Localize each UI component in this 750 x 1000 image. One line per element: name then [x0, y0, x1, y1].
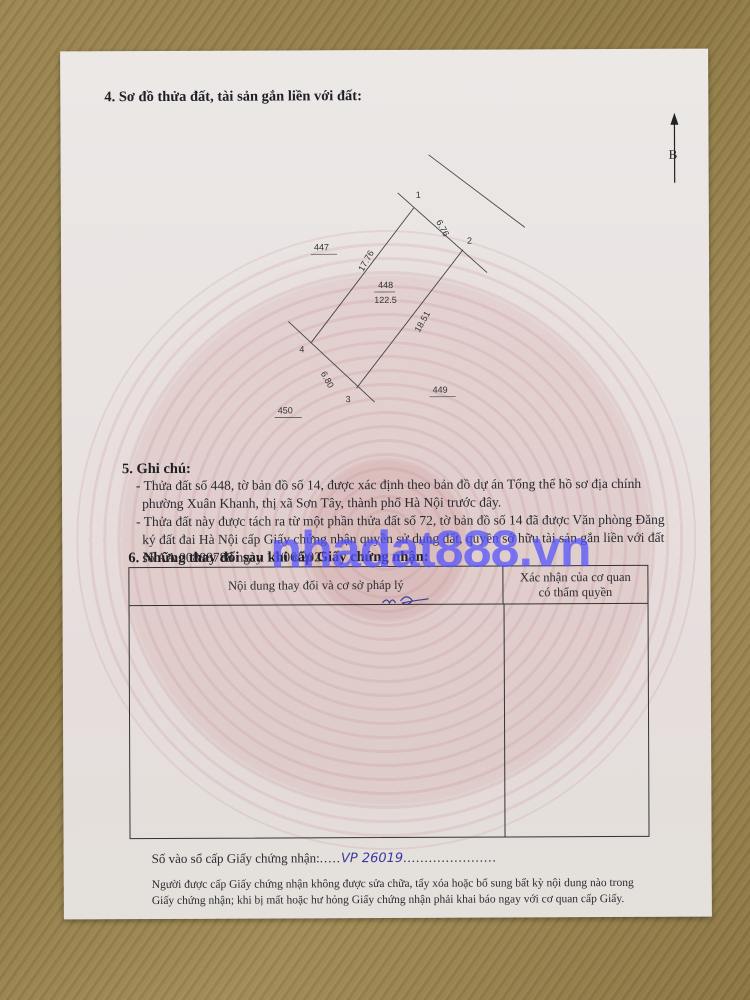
registration-number: Số vào sổ cấp Giấy chứng nhận:.....VP 26… [152, 850, 497, 868]
svg-text:450: 450 [278, 405, 293, 415]
svg-text:3: 3 [346, 394, 351, 404]
svg-text:18.51: 18.51 [412, 309, 432, 334]
watermark: nhadat888.vn [270, 519, 591, 580]
note-line: phường Xuân Khanh, thị xã Sơn Tây, thành… [142, 493, 501, 513]
registration-value: VP 26019 [341, 851, 403, 866]
svg-text:4: 4 [299, 344, 304, 354]
north-arrow-icon: B [668, 113, 678, 183]
svg-text:447: 447 [314, 242, 329, 252]
column-divider [504, 604, 506, 836]
vertex-1: 1 [416, 190, 421, 200]
certificate-page: 4. Sơ đồ thửa đất, tài sản gắn liền với … [60, 49, 712, 920]
north-label: B [669, 147, 678, 162]
changes-table: Nội dung thay đổi và cơ sở pháp lý Xác n… [128, 565, 649, 839]
parcel-diagram: B 1 2 3 4 6.76 18.51 6.80 17.76 448 122.… [60, 49, 710, 472]
svg-text:6.80: 6.80 [319, 369, 336, 389]
svg-text:122.5: 122.5 [374, 295, 397, 305]
svg-text:2: 2 [467, 236, 472, 246]
svg-text:448: 448 [378, 280, 393, 290]
footer-warning: Người được cấp Giấy chứng nhận không đượ… [152, 875, 634, 909]
note-line: - Thửa đất số 448, tờ bản đồ số 14, được… [136, 475, 641, 495]
svg-text:449: 449 [433, 385, 448, 395]
boundary-line [429, 154, 525, 227]
section-5-title: 5. Ghi chú: [122, 461, 191, 478]
